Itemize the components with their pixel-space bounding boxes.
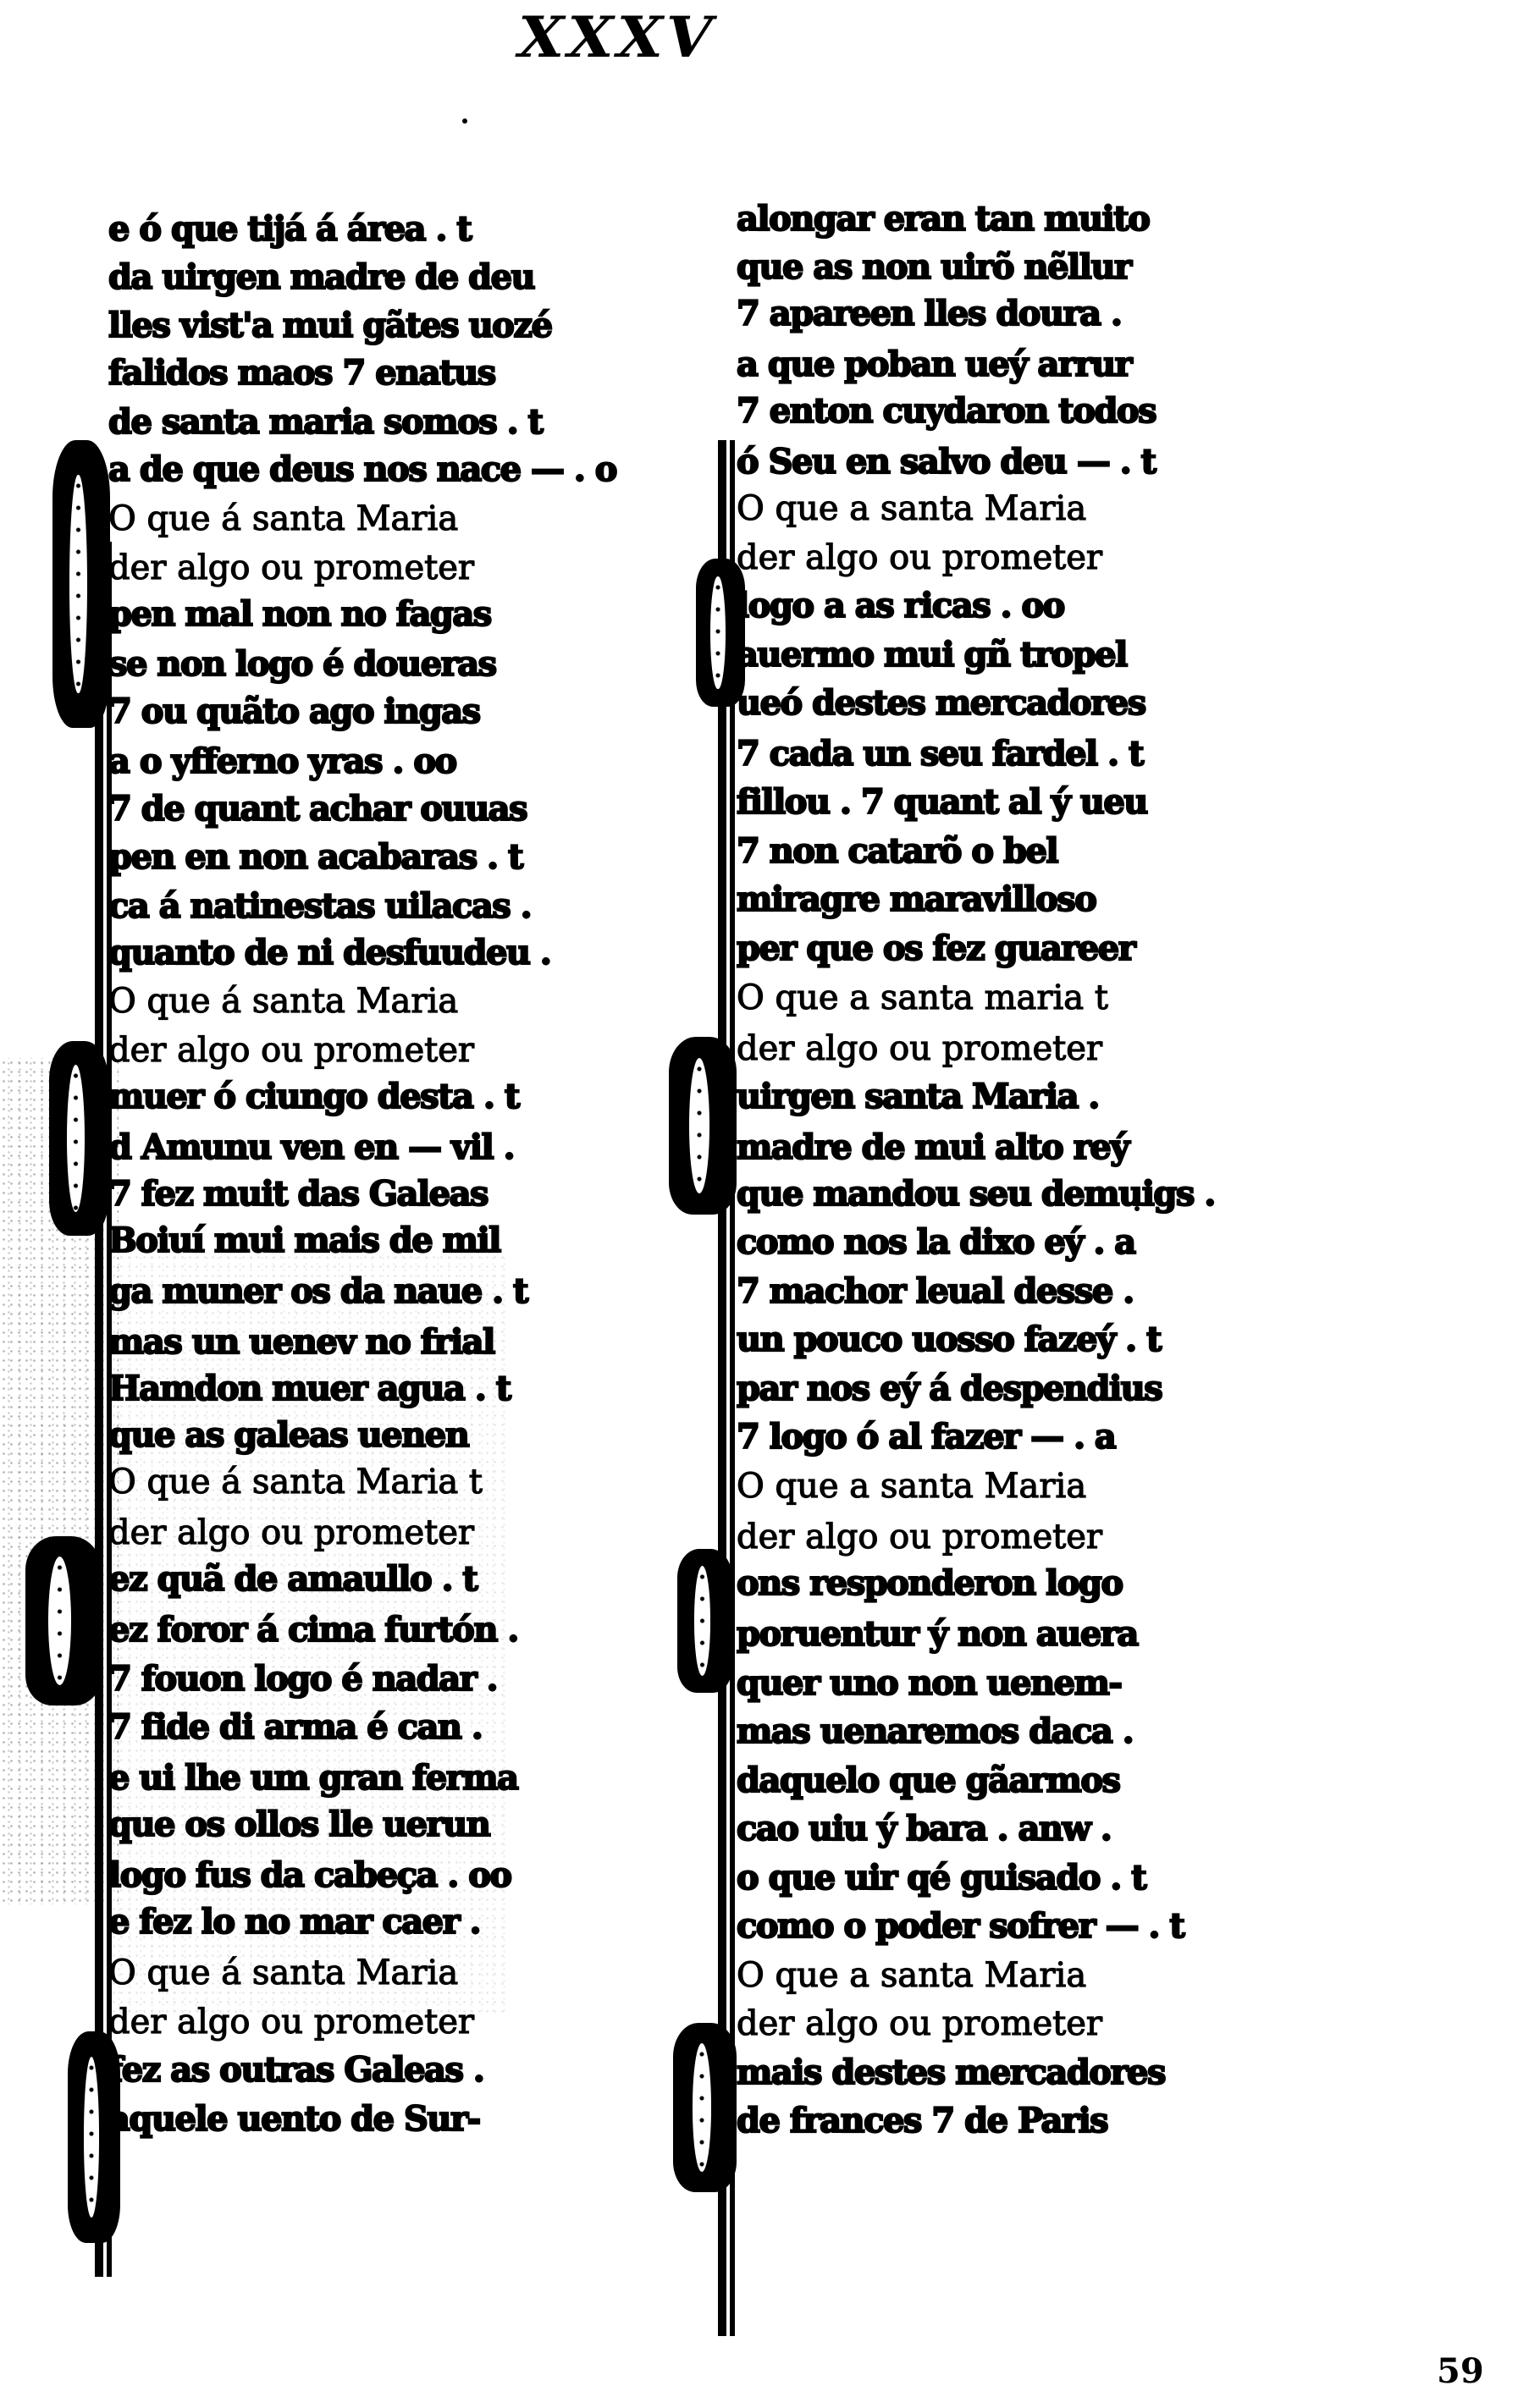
verse-line: muer ó ciungo desta . t — [108, 1076, 519, 1118]
decorated-initial-icon — [25, 1536, 102, 1705]
verse-line: 7 fide di arma é can . — [108, 1706, 482, 1749]
verse-line: a de que deus nos nace — . o — [108, 449, 616, 491]
refrain-line: O que á santa Maria — [108, 980, 458, 1022]
decorated-initial-icon — [673, 2023, 737, 2192]
verse-line: a que poban ueý arrur — [737, 344, 1131, 386]
verse-line: daquelo que gãarmos — [737, 1760, 1120, 1802]
verse-line: d Amunu ven en — vil . — [108, 1127, 514, 1169]
verse-line: auermo mui gñ tropel — [737, 634, 1127, 676]
verse-line: ons responderon logo — [737, 1562, 1123, 1605]
verse-line: e ui lhe um gran ferma — [108, 1757, 518, 1799]
refrain-line: der algo ou prometer — [737, 2003, 1102, 2045]
stray-mark — [462, 118, 467, 124]
verse-line: e fez lo no mar caer . — [108, 1901, 480, 1943]
refrain-line: der algo ou prometer — [108, 1029, 474, 1072]
refrain-line: O que á santa Maria — [108, 498, 458, 540]
verse-line: 7 cada un seu fardel . t — [737, 733, 1143, 775]
verse-line: quer uno non uenem- — [737, 1662, 1122, 1705]
refrain-line: der algo ou prometer — [737, 1028, 1102, 1070]
page-number: 59 — [1437, 2351, 1488, 2392]
initial-ornament-icon — [710, 576, 725, 689]
verse-line: uirgen santa Maria . — [737, 1076, 1099, 1118]
verse-line: 7 non catarõ o bel — [737, 830, 1057, 873]
decorated-initial-icon — [49, 1041, 108, 1236]
verse-line: que mandou seu demuigs . — [737, 1173, 1215, 1215]
verse-line: logo fus da cabeça . oo — [108, 1854, 511, 1897]
verse-line: 7 enton cuydaron todos — [737, 390, 1156, 433]
verse-line: fez as outras Galeas . — [108, 2049, 483, 2091]
refrain-line: der algo ou prometer — [108, 1512, 474, 1554]
refrain-line: der algo ou prometer — [108, 547, 474, 589]
verse-line: per que os fez guareer — [737, 928, 1134, 970]
verse-line: a o yfferno yras . oo — [108, 741, 456, 783]
verse-line: miragre maravilloso — [737, 879, 1096, 921]
verse-line: aquele uento de Sur- — [108, 2098, 480, 2141]
initial-ornament-icon — [693, 2043, 712, 2172]
verse-line: 7 logo ó al fazer — . a — [737, 1416, 1115, 1458]
refrain-line: der algo ou prometer — [737, 1516, 1102, 1558]
folio-numeral: XXXV — [518, 8, 738, 66]
stray-mark — [1134, 1206, 1140, 1211]
initial-ornament-icon — [694, 1566, 711, 1675]
decorated-initial-icon — [52, 440, 110, 728]
verse-line: 7 fez muit das Galeas — [108, 1173, 488, 1215]
refrain-line: der algo ou prometer — [108, 2001, 474, 2043]
verse-line: poruentur ý non auera — [737, 1613, 1138, 1656]
verse-line: Hamdon muer agua . t — [108, 1368, 511, 1410]
verse-line: da uirgen madre de deu — [108, 256, 534, 299]
manuscript-page: XXXV e ó que tijá á área . tda uirgen ma… — [0, 0, 1518, 2408]
verse-line: de santa maria somos . t — [108, 401, 543, 444]
verse-line: ez quã de amaullo . t — [108, 1558, 477, 1601]
verse-line: un pouco uosso fazeý . t — [737, 1319, 1161, 1361]
verse-line: ueó destes mercadores — [737, 682, 1145, 725]
verse-line: como nos la dixo eý . a — [737, 1221, 1135, 1264]
verse-line: mas uenaremos daca . — [737, 1711, 1133, 1753]
verse-line: falidos maos 7 enatus — [108, 352, 495, 394]
verse-line: fillou . 7 quant al ý ueu — [737, 781, 1147, 824]
verse-line: que as non uirõ nẽllur — [737, 246, 1131, 289]
verse-line: ca á natinestas uilacas . — [108, 885, 531, 928]
verse-line: pen en non acabaras . t — [108, 836, 522, 879]
refrain-line: O que á santa Maria — [108, 1952, 458, 1994]
verse-line: mas un uenev no frial — [108, 1321, 494, 1364]
refrain-line: O que a santa Maria — [737, 1465, 1086, 1507]
verse-line: cao uiu ý bara . anw . — [737, 1808, 1111, 1850]
refrain-line: O que a santa Maria — [737, 1954, 1086, 1997]
verse-line: que os ollos lle uerun — [108, 1804, 489, 1846]
verse-line: e ó que tijá á área . t — [108, 208, 471, 251]
verse-line: ez foror á cima furtón . — [108, 1609, 518, 1651]
initial-ornament-icon — [67, 1065, 85, 1213]
verse-line: 7 machor leual desse . — [737, 1270, 1134, 1313]
verse-line: como o poder sofrer — . t — [737, 1905, 1184, 1948]
verse-line: se non logo é doueras — [108, 643, 496, 686]
decorated-initial-icon — [677, 1549, 732, 1693]
verse-line: quanto de ni desfuudeu . — [108, 932, 550, 974]
refrain-line: O que a santa maria t — [737, 977, 1108, 1019]
verse-line: 7 de quant achar ouuas — [108, 788, 527, 830]
verse-line: ó Seu en salvo deu — . t — [737, 441, 1156, 483]
initial-ornament-icon — [69, 475, 86, 693]
initial-ornament-icon — [48, 1557, 71, 1685]
verse-line: 7 fouon logo é nadar . — [108, 1658, 497, 1700]
verse-line: par nos eý á despendius — [737, 1368, 1162, 1410]
refrain-line: O que á santa Maria t — [108, 1461, 483, 1503]
verse-line: alongar eran tan muito — [737, 198, 1149, 240]
verse-line: o que uir qé guisado . t — [737, 1857, 1145, 1899]
verse-line: de frances 7 de Paris — [737, 2100, 1107, 2142]
verse-line: logo a as ricas . oo — [737, 585, 1064, 627]
verse-line: 7 ou quãto ago ingas — [108, 691, 480, 733]
refrain-line: der algo ou prometer — [737, 537, 1102, 579]
verse-line: mais destes mercadores — [737, 2052, 1165, 2094]
initial-ornament-icon — [689, 1058, 709, 1193]
refrain-line: O que a santa Maria — [737, 488, 1086, 530]
initial-ornament-icon — [84, 2057, 100, 2218]
left-margin-bar — [95, 542, 103, 2277]
decorated-initial-icon — [669, 1037, 737, 1215]
verse-line: ga muner os da naue . t — [108, 1270, 527, 1313]
verse-line: 7 apareen lles doura . — [737, 293, 1121, 335]
verse-line: madre de mui alto reý — [737, 1127, 1129, 1169]
verse-line: pen mal non no fagas — [108, 593, 491, 636]
verse-line: lles vist'a mui gãtes uozé — [108, 305, 552, 347]
verse-line: Boiuí mui mais de mil — [108, 1220, 500, 1262]
verse-line: que as galeas uenen — [108, 1414, 468, 1457]
